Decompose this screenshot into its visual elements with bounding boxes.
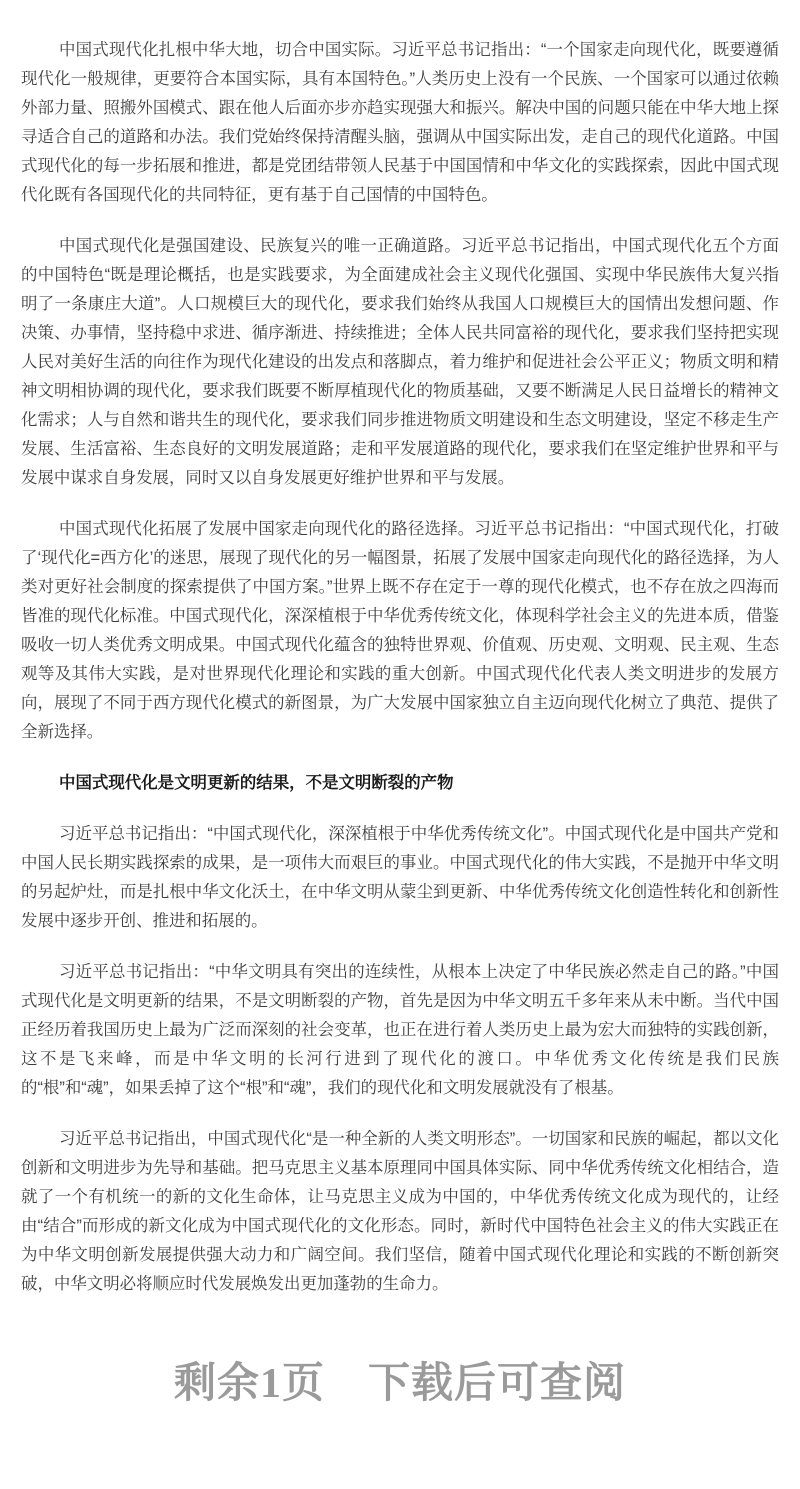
paragraph-1: 中国式现代化扎根中华大地，切合中国实际。习近平总书记指出：“一个国家走向现代化，… xyxy=(21,36,779,210)
remaining-pages-text: 剩余1页 下载后可查阅 xyxy=(174,1361,626,1407)
paragraph-4: 习近平总书记指出：“中国式现代化，深深植根于中华优秀传统文化”。中国式现代化是中… xyxy=(21,820,779,936)
document-preview-page: 中国式现代化扎根中华大地，切合中国实际。习近平总书记指出：“一个国家走向现代化，… xyxy=(0,0,800,1408)
paragraph-3: 中国式现代化拓展了发展中国家走向现代化的路径选择。习近平总书记指出：“中国式现代… xyxy=(21,515,779,747)
paragraph-2: 中国式现代化是强国建设、民族复兴的唯一正确道路。习近平总书记指出，中国式现代化五… xyxy=(21,232,779,493)
section-heading: 中国式现代化是文明更新的结果，不是文明断裂的产物 xyxy=(21,769,779,798)
paragraph-6: 习近平总书记指出，中国式现代化“是一种全新的人类文明形态”。一切国家和民族的崛起… xyxy=(21,1125,779,1299)
remaining-pages-banner: 剩余1页 下载后可查阅 xyxy=(21,1360,779,1408)
paragraph-5: 习近平总书记指出：“中华文明具有突出的连续性，从根本上决定了中华民族必然走自己的… xyxy=(21,958,779,1103)
